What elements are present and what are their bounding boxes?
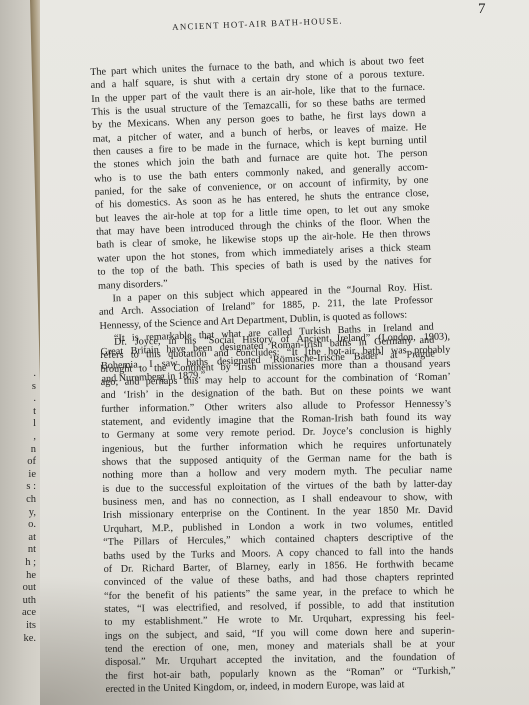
left-page-text-fragment: ,: [33, 431, 36, 444]
left-page-text-fragment: nt: [28, 544, 36, 557]
page-number: 7: [478, 1, 486, 18]
left-page-text-fragment: s: [32, 381, 36, 394]
left-page-text-fragment: .: [33, 368, 36, 381]
left-page-text-fragment: of: [27, 456, 36, 469]
left-page-text-fragment: ace: [22, 607, 36, 620]
left-page-text-fragment: he: [26, 570, 36, 583]
left-page-text-fragment: h ;: [25, 557, 36, 570]
left-page-text-fragment: out: [23, 582, 36, 595]
left-page-text-fragment: o.: [28, 519, 36, 532]
left-page-text-fragment: n: [31, 444, 36, 457]
body-text-bottom: Dr. Joyce, in his “Social History of Anc…: [100, 331, 456, 697]
left-page-text-fragment: y,: [29, 507, 36, 520]
left-page-text-fragment: uth: [23, 595, 36, 608]
left-page-text-fragment: ie: [28, 469, 36, 482]
left-page-text-fragment: its: [26, 620, 36, 633]
left-page-text-fragment: t: [33, 406, 36, 419]
left-page-text-fragment: ke.: [23, 633, 36, 646]
left-page-text-fragment: ch: [26, 494, 36, 507]
left-page-text-fragment: s :: [26, 481, 36, 494]
left-page-text-fragment: l: [33, 418, 36, 431]
left-page-text-fragment: at: [28, 532, 36, 545]
left-page-text-fragment: .: [33, 393, 36, 406]
